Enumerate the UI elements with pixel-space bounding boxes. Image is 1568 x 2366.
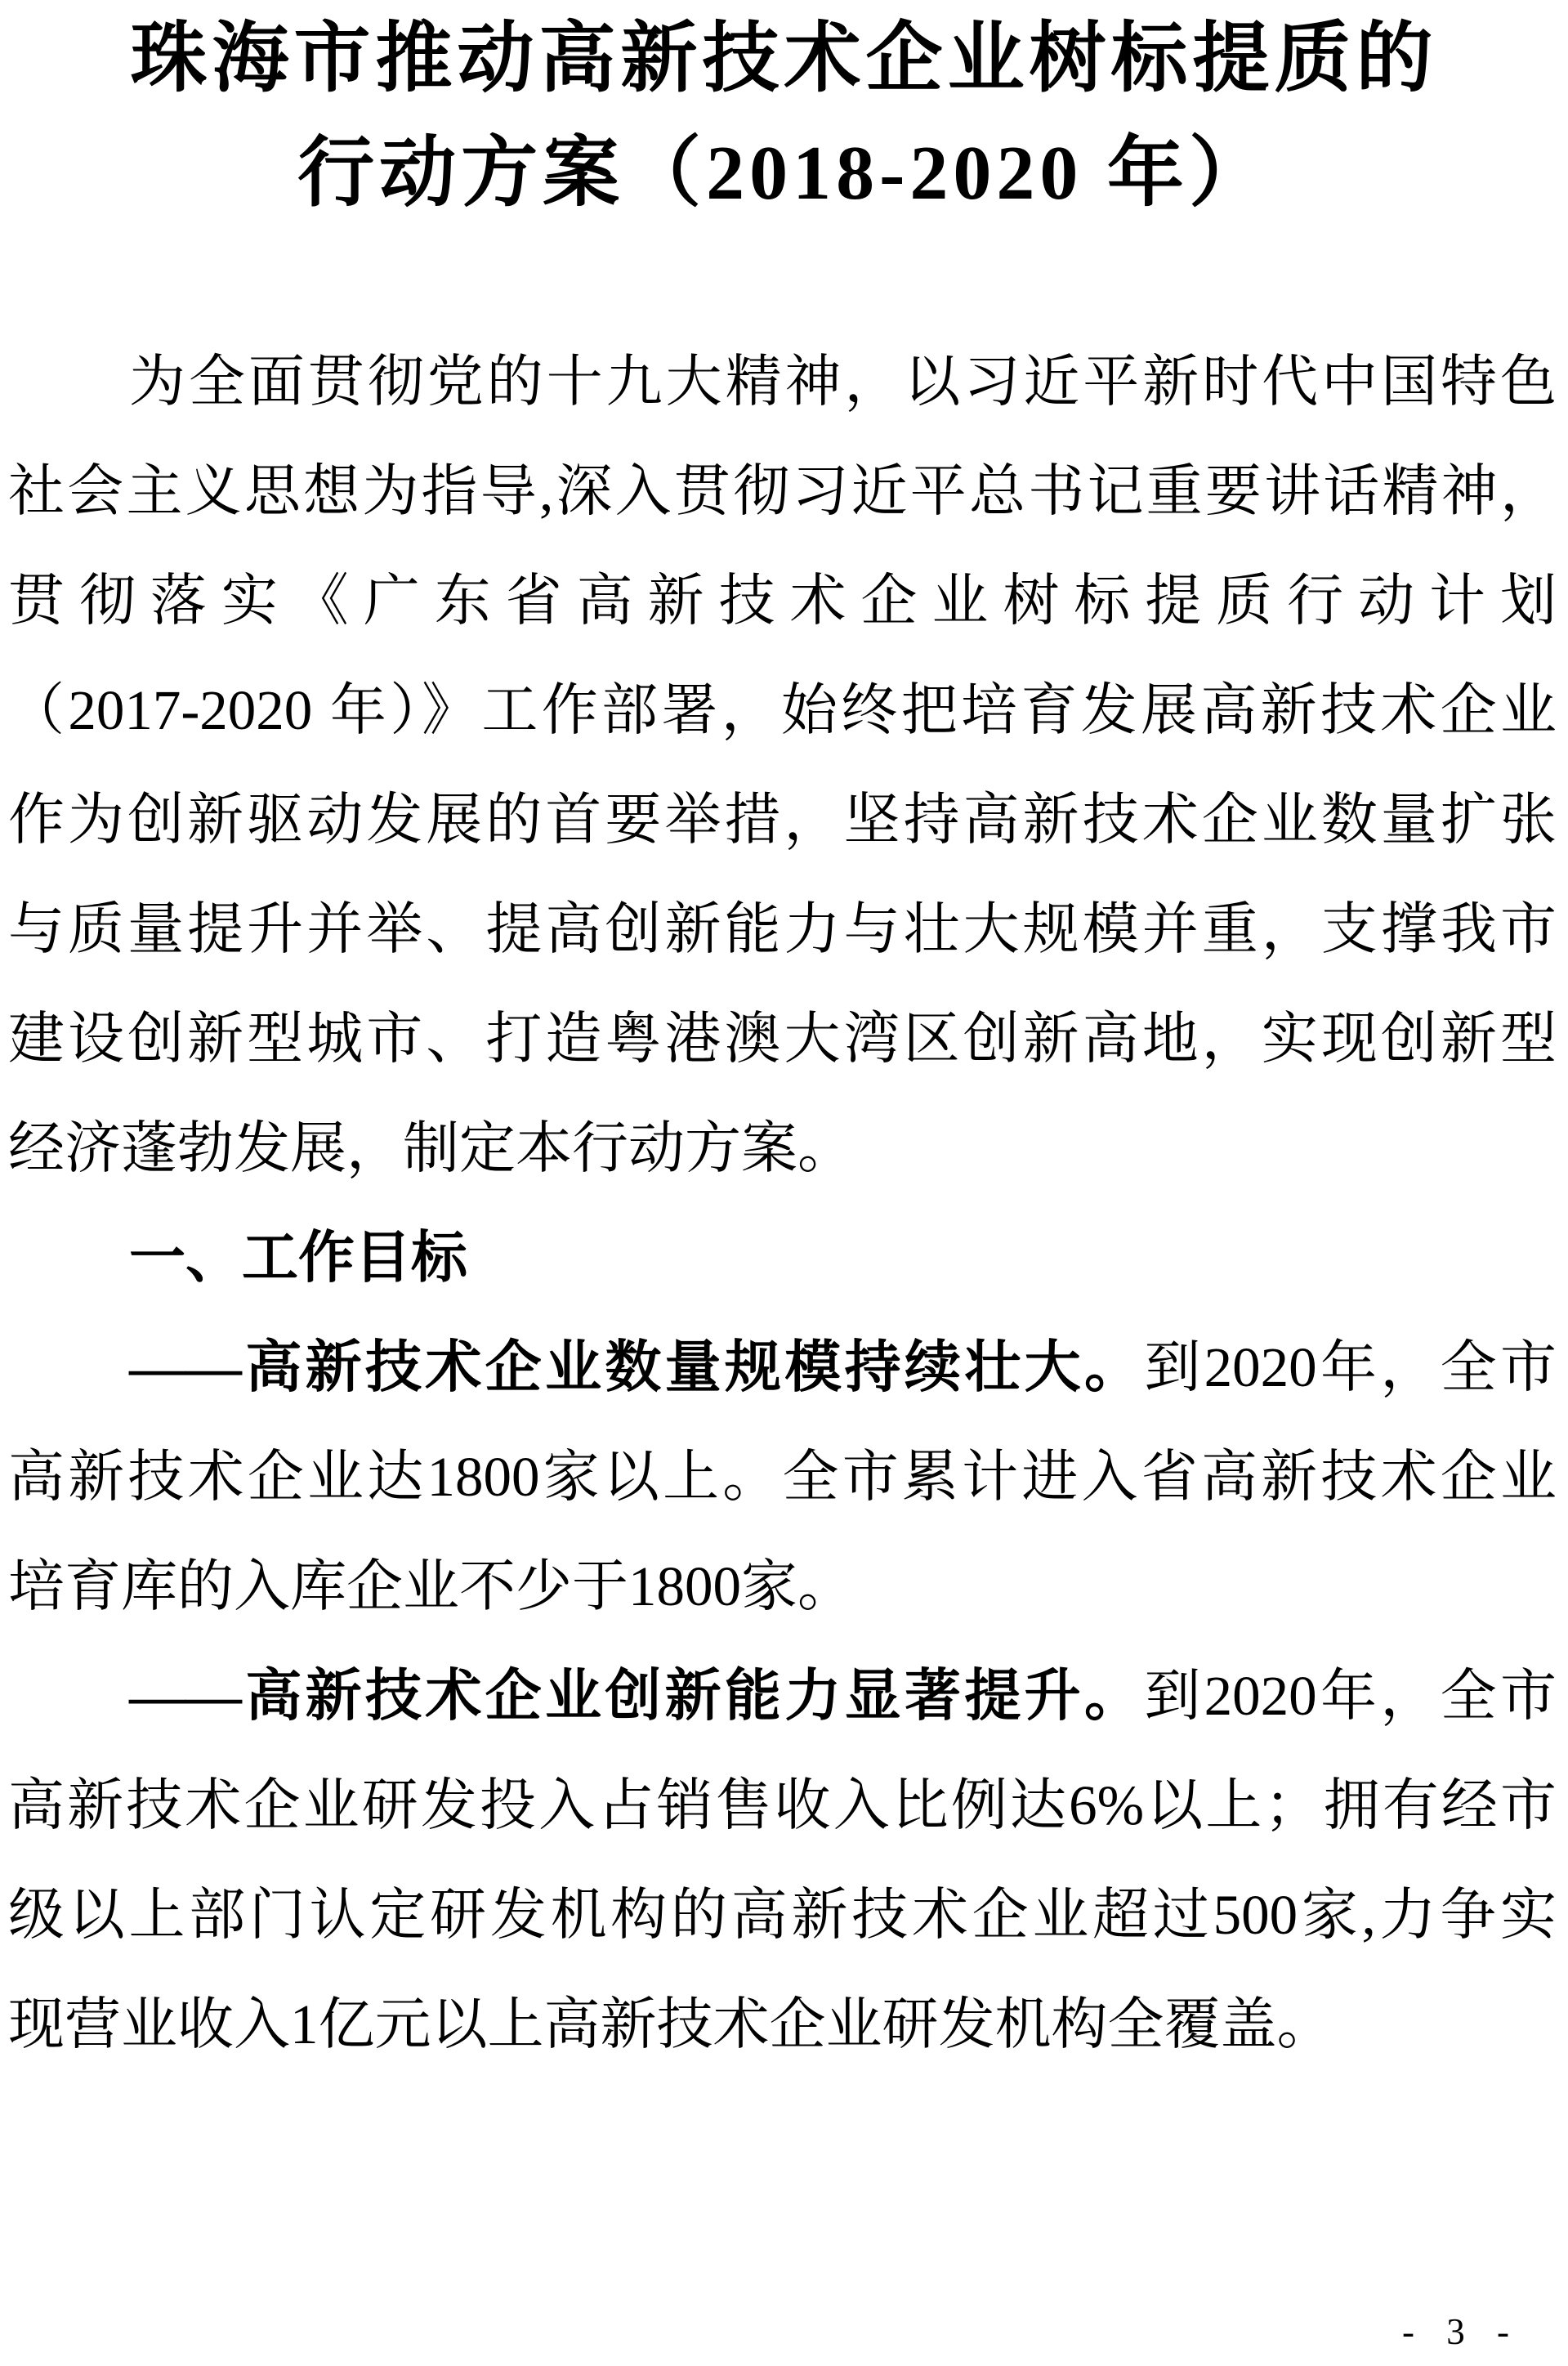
text-segment: 高新技术企业研发投入占销售收入比例达6%以上；拥有经市 [8, 1774, 1557, 1836]
document-body: 为全面贯彻党的十九大精神，以习近平新时代中国特色社会主义思想为指导,深入贯彻习近… [0, 327, 1568, 2079]
document-title: 珠海市推动高新技术企业树标提质的 行动方案（2018-2020 年） [0, 0, 1568, 230]
text-line: 与质量提升并举、提高创新能力与壮大规模并重，支撑我市 [8, 874, 1557, 984]
text-segment: 为全面贯彻党的十九大精神，以习近平新时代中国特色 [129, 351, 1557, 413]
text-line: 一、工作目标 [8, 1203, 1557, 1313]
text-line: 级以上部门认定研发机构的高新技术企业超过500家,力争实 [8, 1860, 1557, 1970]
text-segment: 培育库的入库企业不少于1800家。 [8, 1555, 854, 1617]
text-segment: 到2020年，全市 [1144, 1336, 1557, 1398]
text-line: 高新技术企业研发投入占销售收入比例达6%以上；拥有经市 [8, 1751, 1557, 1860]
text-line: 培育库的入库企业不少于1800家。 [8, 1532, 1557, 1641]
text-line: 建设创新型城市、打造粤港澳大湾区创新高地，实现创新型 [8, 984, 1557, 1094]
text-line: 为全面贯彻党的十九大精神，以习近平新时代中国特色 [8, 327, 1557, 436]
document-title-line-1: 珠海市推动高新技术企业树标提质的 [0, 2, 1568, 116]
text-line: 高新技术企业达1800家以上。全市累计进入省高新技术企业 [8, 1422, 1557, 1532]
text-segment: 一、工作目标 [129, 1227, 467, 1289]
text-line: 贯彻落实《广东省高新技术企业树标提质行动计划 [8, 546, 1557, 655]
text-segment: 贯彻落实《广东省高新技术企业树标提质行动计划 [8, 570, 1557, 632]
text-segment: （2017-2020 年）》工作部署，始终把培育发展高新技术企业 [8, 679, 1557, 741]
text-segment: 与质量提升并举、提高创新能力与壮大规模并重，支撑我市 [8, 898, 1557, 960]
document-title-line-2: 行动方案（2018-2020 年） [0, 116, 1568, 230]
text-line: 作为创新驱动发展的首要举措，坚持高新技术企业数量扩张 [8, 765, 1557, 874]
text-segment: 现营业收入1亿元以上高新技术企业研发机构全覆盖。 [8, 1993, 1333, 2055]
document-page: 珠海市推动高新技术企业树标提质的 行动方案（2018-2020 年） 为全面贯彻… [0, 0, 1568, 2366]
text-segment: ——高新技术企业创新能力显著提升。 [129, 1665, 1144, 1727]
text-line: ——高新技术企业创新能力显著提升。到2020年，全市 [8, 1641, 1557, 1751]
text-line: 社会主义思想为指导,深入贯彻习近平总书记重要讲话精神， [8, 436, 1557, 546]
text-line: 现营业收入1亿元以上高新技术企业研发机构全覆盖。 [8, 1970, 1557, 2079]
text-segment: 高新技术企业达1800家以上。全市累计进入省高新技术企业 [8, 1446, 1557, 1508]
text-segment: 到2020年，全市 [1144, 1665, 1557, 1727]
text-segment: 级以上部门认定研发机构的高新技术企业超过500家,力争实 [8, 1884, 1557, 1946]
text-segment: 作为创新驱动发展的首要举措，坚持高新技术企业数量扩张 [8, 789, 1557, 851]
text-segment: 经济蓬勃发展，制定本行动方案。 [8, 1117, 854, 1179]
page-number: - 3 - [1402, 2310, 1521, 2353]
text-line: （2017-2020 年）》工作部署，始终把培育发展高新技术企业 [8, 655, 1557, 765]
text-segment: 社会主义思想为指导,深入贯彻习近平总书记重要讲话精神， [8, 460, 1557, 522]
text-line: 经济蓬勃发展，制定本行动方案。 [8, 1094, 1557, 1203]
text-line: ——高新技术企业数量规模持续壮大。到2020年，全市 [8, 1313, 1557, 1422]
text-segment: 建设创新型城市、打造粤港澳大湾区创新高地，实现创新型 [8, 1008, 1557, 1070]
text-segment: ——高新技术企业数量规模持续壮大。 [129, 1336, 1144, 1398]
